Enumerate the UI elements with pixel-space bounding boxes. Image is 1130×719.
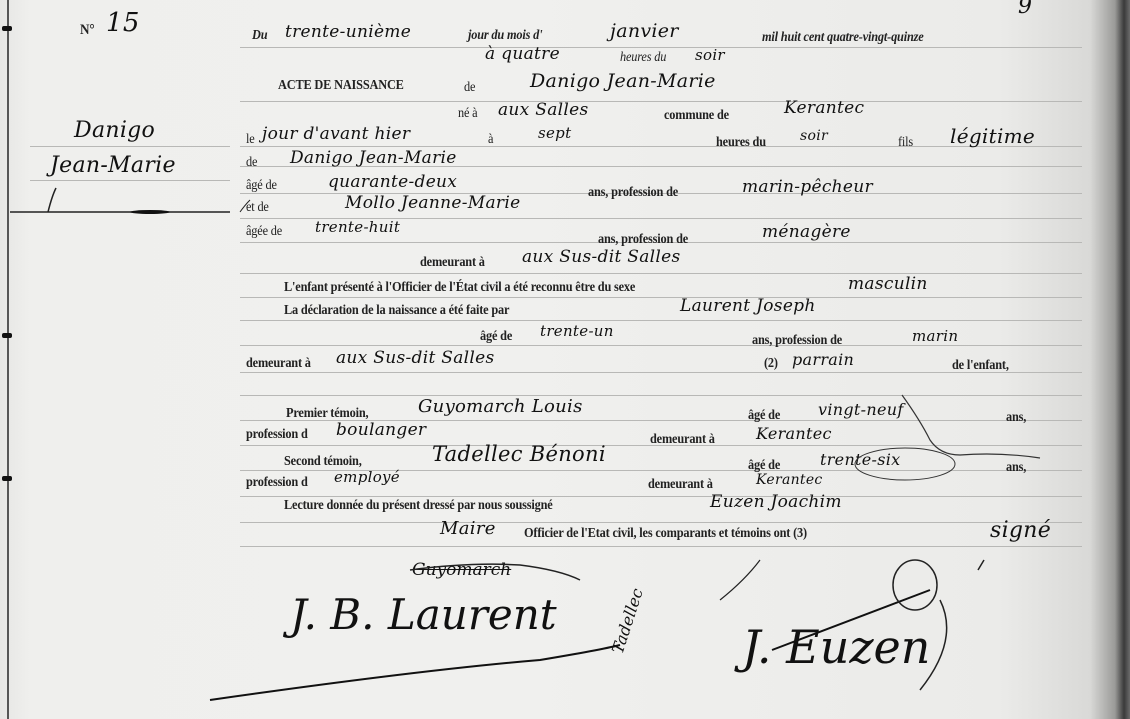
scanned-register-page: 9 N° 15 Danigo Jean-Marie Du trente-uniè…: [0, 0, 1130, 719]
pen-strokes-decoration: [0, 0, 1130, 719]
